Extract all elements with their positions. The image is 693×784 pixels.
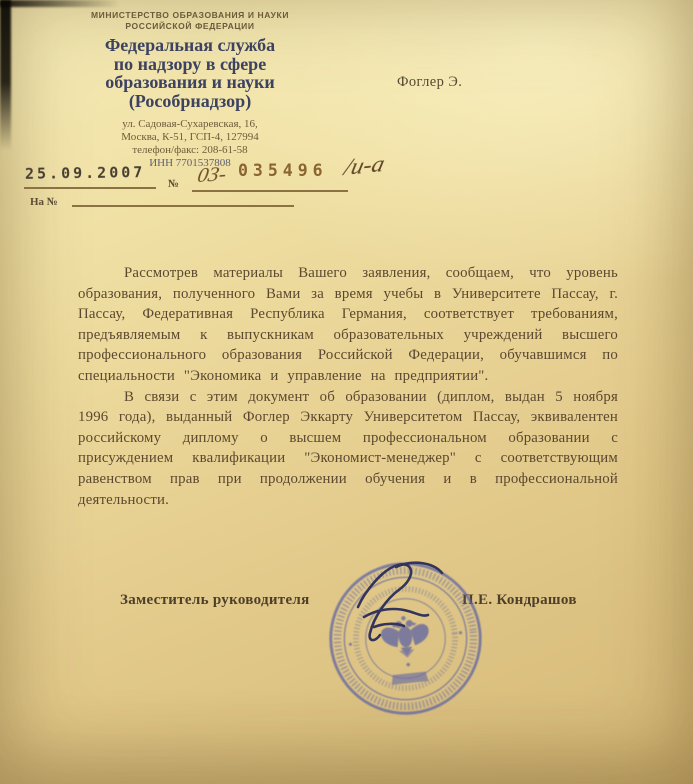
handwritten-signature (330, 555, 490, 665)
photo-edge-shadow (0, 0, 120, 7)
address-city: Москва, К-51, ГСП-4, 127994 (121, 131, 259, 143)
outgoing-number-stamped: 035496 (238, 161, 328, 180)
reply-to-number-underline (72, 205, 294, 207)
date-underline (24, 187, 156, 189)
reply-to-number-label: На № (30, 196, 58, 208)
address-phone: телефон/факс: 208-61-58 (132, 144, 247, 156)
body-paragraph-1: Рассмотрев материалы Вашего заявления, с… (78, 263, 618, 387)
agency-name: Федеральная служба по надзору в сфере об… (40, 36, 340, 110)
agency-line2: по надзору в сфере (114, 54, 266, 74)
outgoing-number-handwritten-prefix: 03- (196, 161, 229, 188)
date-stamp: 25.09.2007 (25, 163, 146, 183)
ministry-line1: Министерство образования и науки (91, 10, 289, 20)
number-label: № (168, 178, 179, 190)
address-street: ул. Садовая-Сухаревская, 16, (122, 118, 258, 130)
addressee-name: Фоглер Э. (397, 74, 462, 91)
letter-body: Рассмотрев материалы Вашего заявления, с… (78, 263, 618, 510)
agency-line3: образования и науки (105, 72, 274, 92)
number-underline (192, 190, 348, 192)
outgoing-number-handwritten-suffix: /и-а (341, 151, 387, 182)
body-paragraph-2: В связи с этим документ об образовании (… (78, 387, 618, 511)
ministry-line2: Российской Федерации (125, 21, 254, 31)
signatory-title: Заместитель руководителя (120, 592, 310, 609)
agency-line1: Федеральная служба (105, 35, 275, 55)
agency-line4: (Рособрнадзор) (129, 91, 251, 111)
ministry-name: Министерство образования и науки Российс… (40, 10, 340, 31)
photo-edge-shadow (0, 0, 11, 150)
